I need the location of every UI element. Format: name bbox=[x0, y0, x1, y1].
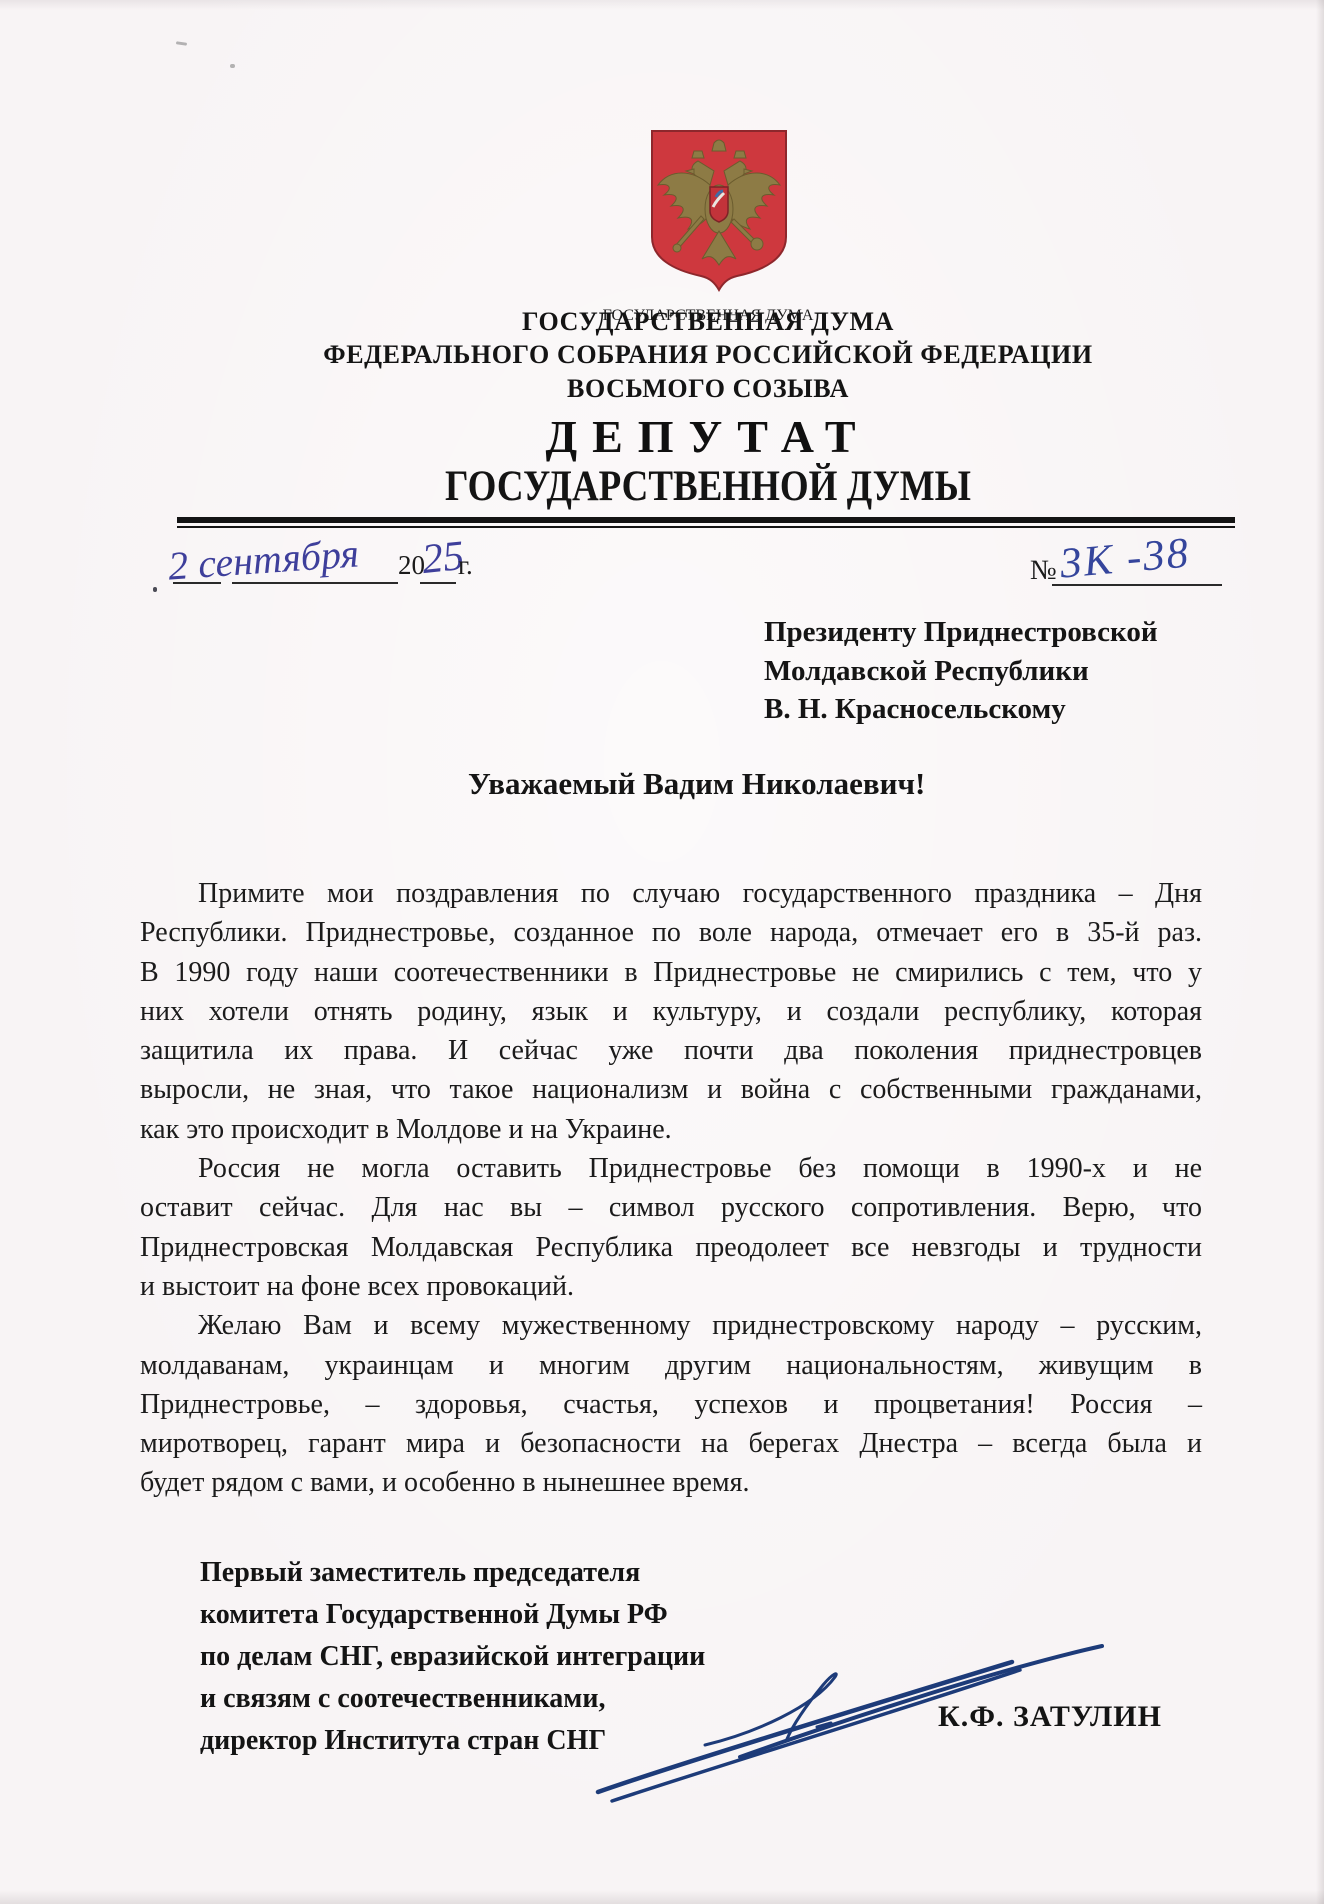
number-blank-line bbox=[1052, 583, 1222, 586]
number-handwriting: 3К -38 bbox=[1058, 528, 1192, 588]
body-line: и выстоит на фоне всех провокаций. bbox=[140, 1267, 1202, 1306]
letterhead-org-line1: ГОСУДАРСТВЕННАЯ ДУМА bbox=[92, 307, 1324, 337]
body-line: Приднестровье, – здоровья, счастья, успе… bbox=[140, 1385, 1202, 1424]
letterhead-title-deputy: ДЕПУТАТ bbox=[92, 410, 1324, 463]
recipient-line1: Президенту Приднестровской bbox=[764, 613, 1158, 652]
date-day-blank-line bbox=[173, 581, 221, 584]
coat-of-arms-icon bbox=[644, 127, 794, 293]
salutation: Уважаемый Вадим Николаевич! bbox=[468, 766, 925, 802]
scan-speck-artifact bbox=[176, 41, 187, 46]
signer-position-line1: Первый заместитель председателя bbox=[200, 1552, 705, 1594]
body-line: них хотели отнять родину, язык и культур… bbox=[140, 992, 1202, 1031]
date-field: 2 сентября 20 25 г. bbox=[150, 538, 490, 593]
date-printed-suffix: г. bbox=[458, 550, 473, 581]
scan-edge-shadow bbox=[1316, 0, 1324, 1904]
scan-speck-artifact bbox=[230, 64, 235, 68]
recipient-block: Президенту Приднестровской Молдавской Ре… bbox=[764, 613, 1158, 729]
letterhead-org-line3: ВОСЬМОГО СОЗЫВА bbox=[92, 374, 1324, 404]
date-year-blank-line bbox=[420, 581, 456, 584]
number-field: № 3К -38 bbox=[1030, 540, 1240, 595]
letterhead-title-duma: ГОСУДАРСТВЕННОЙ ДУМЫ bbox=[178, 462, 1238, 511]
body-line: Желаю Вам и всему мужественному приднест… bbox=[140, 1306, 1202, 1345]
body-line: выросли, не зная, что такое национализм … bbox=[140, 1070, 1202, 1109]
body-line: миротворец, гарант мира и безопасности н… bbox=[140, 1424, 1202, 1463]
scanned-letter-page: ГОСУДАРСТВЕННАЯ ДУМА ГОСУДАРСТВЕННАЯ ДУМ… bbox=[0, 0, 1324, 1904]
body-line: Россия не могла оставить Приднестровье б… bbox=[140, 1149, 1202, 1188]
body-line: защитила их права. И сейчас уже почти дв… bbox=[140, 1031, 1202, 1070]
signer-name: К.Ф. ЗАТУЛИН bbox=[938, 1700, 1162, 1734]
ink-dot-artifact bbox=[153, 587, 157, 592]
letterhead-org-line2: ФЕДЕРАЛЬНОГО СОБРАНИЯ РОССИЙСКОЙ ФЕДЕРАЦ… bbox=[92, 340, 1324, 370]
letter-body: Примите мои поздравления по случаю госуд… bbox=[140, 874, 1202, 1503]
letterhead-divider-rule bbox=[177, 517, 1235, 528]
date-month-blank-line bbox=[232, 581, 398, 584]
body-line: как это происходит в Молдове и на Украин… bbox=[140, 1110, 1202, 1149]
body-line: будет рядом с вами, и особенно в нынешне… bbox=[140, 1463, 1202, 1502]
recipient-line3: В. Н. Красносельскому bbox=[764, 690, 1158, 729]
body-line: молдаванам, украинцам и многим другим на… bbox=[140, 1346, 1202, 1385]
russian-coat-of-arms-emblem bbox=[644, 127, 794, 293]
body-line: Примите мои поздравления по случаю госуд… bbox=[140, 874, 1202, 913]
body-line: оставит сейчас. Для нас вы – символ русс… bbox=[140, 1188, 1202, 1227]
body-line: В 1990 году наши соотечественники в Прид… bbox=[140, 953, 1202, 992]
body-line: Приднестровская Молдавская Республика пр… bbox=[140, 1228, 1202, 1267]
body-line: Республики. Приднестровье, созданное по … bbox=[140, 913, 1202, 952]
recipient-line2: Молдавской Республики bbox=[764, 652, 1158, 691]
